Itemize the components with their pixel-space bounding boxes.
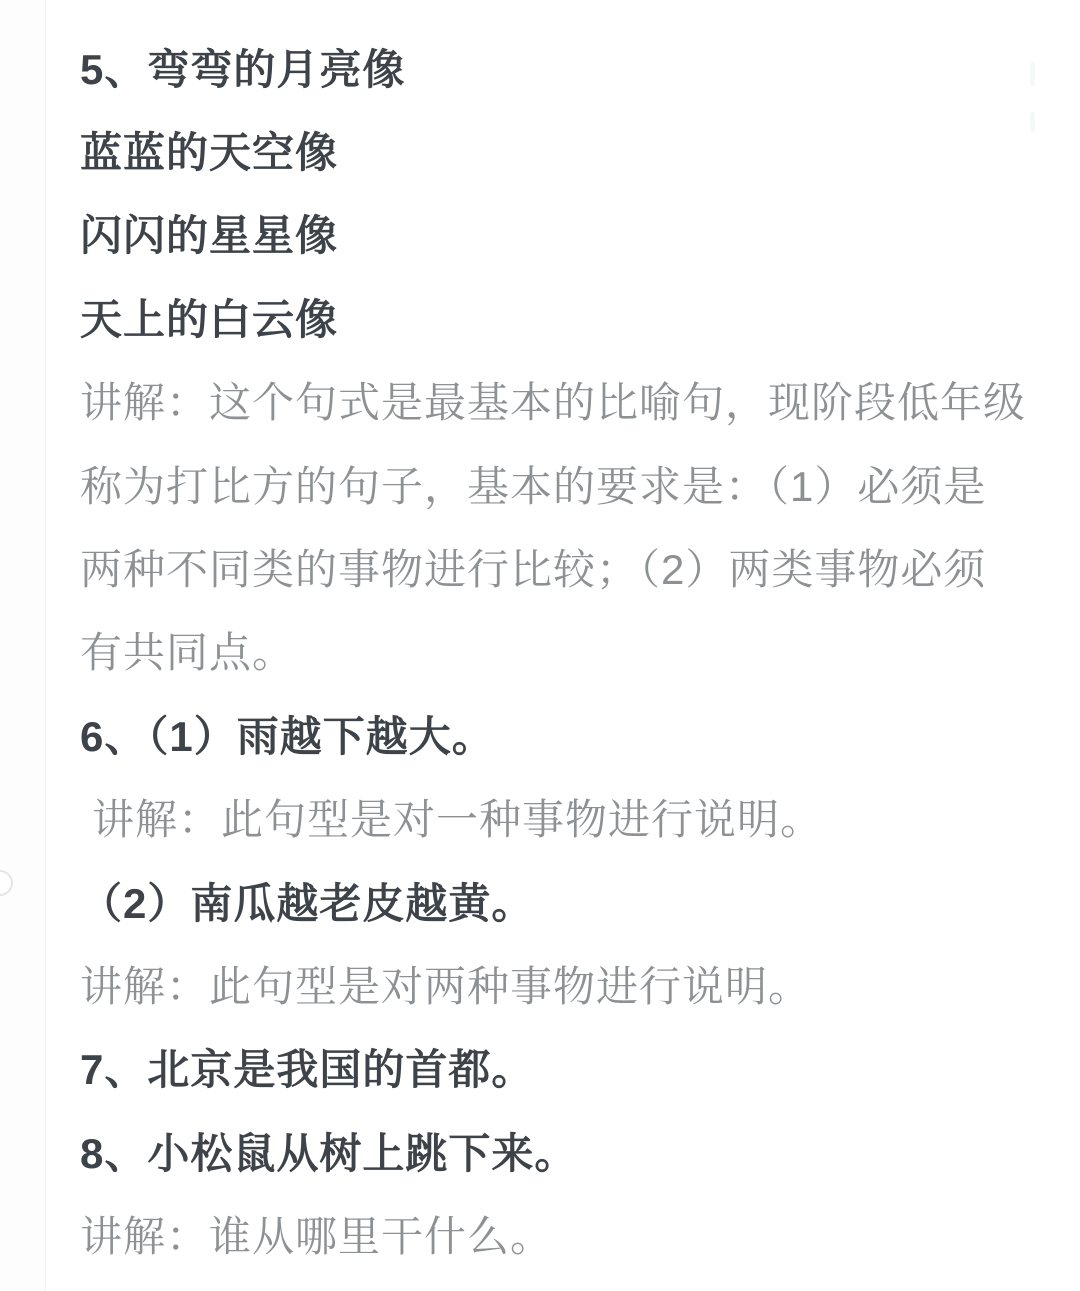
document-line: 讲解：谁从哪里干什么。 [0,1192,1080,1275]
document-line: 讲解：此句型是对一种事物进行说明。 [0,776,1080,859]
document-line: 闪闪的星星像 [0,192,1080,275]
document-line: 7、北京是我国的首都。 [0,1026,1080,1109]
document-body: 5、弯弯的月亮像 蓝蓝的天空像 闪闪的星星像 天上的白云像 讲解：这个句式是最基… [0,0,1080,1276]
document-line: 蓝蓝的天空像 [0,108,1080,191]
document-line: （2）南瓜越老皮越黄。 [0,859,1080,942]
document-line: 6、（1）雨越下越大。 [0,692,1080,775]
document-line: 5、弯弯的月亮像 [0,25,1080,108]
scrollbar-thumb[interactable] [1030,62,1035,86]
document-line: 有共同点。 [0,609,1080,692]
document-line: 称为打比方的句子，基本的要求是：（1）必须是 [0,442,1080,525]
document-line: 讲解：这个句式是最基本的比喻句，现阶段低年级 [0,359,1080,442]
document-line: 8、小松鼠从树上跳下来。 [0,1109,1080,1192]
document-line: 天上的白云像 [0,275,1080,358]
document-line: 讲解：此句型是对两种事物进行说明。 [0,942,1080,1025]
document-line: 两种不同类的事物进行比较；（2）两类事物必须 [0,525,1080,608]
scrollbar-thumb[interactable] [1030,112,1035,132]
